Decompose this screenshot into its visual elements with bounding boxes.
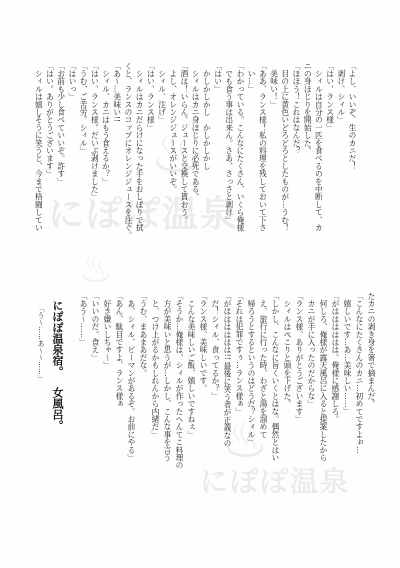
text-column: 「がはははははは。俺様に感謝しろ。 — [329, 292, 341, 474]
text-column: 帰ろうとするというのはどうだ？シィル」 — [245, 292, 257, 474]
text-column: こんな美味しいご飯、嬉しいですねぇ」 — [185, 292, 197, 474]
book-page: ♨ にぽぽ温泉 ♨ ♨ にぽぽ温泉 「よし、いいぞ、生のカニだ！ 剥け、シィル」… — [0, 0, 400, 568]
text-column: ニの身ほじりを開始した。 — [302, 62, 313, 244]
closing-text-column: 「う〜……あ〜〜……」 — [36, 305, 46, 382]
text-column: 美味い！」 — [268, 62, 279, 244]
text-column: 「はいっ」 — [67, 62, 78, 244]
text-column: シィル、注げ」 — [156, 62, 167, 244]
text-column: シィル、カニはもう食えるか？」 — [100, 62, 111, 244]
text-column: 「それは犯罪ですぅ…ランス様ぁ」 — [233, 292, 245, 474]
section-title-location: にぽぽ温泉宿。 — [51, 300, 63, 377]
text-column: たカニの剥き身を箸で摘まんだ。 — [365, 292, 377, 474]
text-column: シィルはぺこりと頭を下げた。 — [281, 292, 293, 474]
text-column: シィルは自分の一匹を食べるのを中断して、カ — [313, 62, 324, 244]
text-column: 「こんなにたくさんのカニ…初めてですよぉ… — [353, 292, 365, 474]
text-column: だ！シィル、食ってるか？」 — [209, 292, 221, 474]
section-title-place: 女風呂。 — [51, 387, 63, 431]
text-column: 剥け、シィル」 — [336, 62, 347, 244]
text-column: 「酒は！いらん。ジュースと交換して貰おう。 — [179, 62, 190, 244]
text-column: と、つけ上がるかもしれんから内緒だ」 — [149, 292, 161, 474]
text-column: 何しろ、俺様が露天風呂に入ると提案したから — [317, 292, 329, 474]
onsen-watermark-icon: ♨ — [78, 246, 114, 292]
text-column: 「ああ、ランス様！私の料理を残しておいて下さ — [257, 62, 268, 244]
text-column: よし、オレンジジュースがいいぞ。 — [168, 62, 179, 244]
text-column: 好き嫌いしちゃ〜」 — [101, 292, 113, 474]
text-column: カニが手に入ったのだからな」 — [305, 292, 317, 474]
text-column: くと、ランスのコップにオレンジジュースを注ぐ。 — [123, 62, 134, 244]
text-column: 「はい、ランス様」 — [145, 62, 156, 244]
text-column: 「わかっている。こんなにたくさん、いくら俺様 — [235, 62, 246, 244]
text-column: 「うむ、ご苦労。シィル」 — [78, 62, 89, 244]
text-column: 「ほほう！これはなんだ？ — [291, 62, 302, 244]
text-column: 「あ〜…美味い!! — [112, 62, 123, 244]
top-text-block: 「よし、いいぞ、生のカニだ！ 剥け、シィル」 「はい、ランス様」 シィルは自分の… — [33, 62, 358, 244]
text-column: 「あん、駄目ですよ、ランス様ぁ — [113, 292, 125, 474]
text-column: シィルはカニだらけになった手をおしぼりで拭 — [134, 62, 145, 244]
bottom-text-block: たカニの剥き身を箸で摘まんだ。 「こんなにたくさんのカニ…初めてですよぉ… 嬉し… — [77, 292, 377, 474]
text-column: 「しかし、こんなに旨くいくとはな。偶然とはい — [269, 292, 281, 474]
text-column: 「いいのだ。食え」 — [89, 292, 101, 474]
text-column: でも食う事は出来ん。さあ、さっさと剥け」 — [224, 62, 235, 244]
text-column: 「はい。ありがとうございます」 — [44, 62, 55, 244]
text-column: シィルはカニ身ほじりに必死である。 — [190, 62, 201, 244]
text-column: 「あう〜……」 — [77, 292, 89, 474]
text-column: 「お前も少し食べていいぞ。許す」 — [56, 62, 67, 244]
text-column: 「ランス様、ありがとうございます」 — [293, 292, 305, 474]
text-column: あ、シィル、ピーマンがあるぞ。お前にやる」 — [125, 292, 137, 474]
text-column: シィルは嬉しそうに笑うと、今まで格闘してい — [33, 62, 44, 244]
text-column: 目の上に黄色いどろどろとしたものが…うむ！ — [280, 62, 291, 244]
text-column: え、旅行に行った時、わざと湯を溜めて — [257, 292, 269, 474]
text-column: 「はい、ランス様。だいぶ剥けました」 — [89, 62, 100, 244]
text-column: 「よし、いいぞ、生のカニだ！ — [347, 62, 358, 244]
text-column: い…」 — [246, 62, 257, 244]
text-column: かしかしかし かしかしかし — [201, 62, 212, 244]
text-column: 「はい」 — [212, 62, 223, 244]
text-column: 「ランス様、美味しいです。 — [197, 292, 209, 474]
text-column: 「がはははははは!! 最後に笑う者が正義なの — [221, 292, 233, 474]
text-column: 「はい、ランス様」 — [324, 62, 335, 244]
text-column: 「そうか…俺様は、シィルが作ったへんてこ料理の — [173, 292, 185, 474]
text-column: 方が美味いと思うが…しかし、こんな事を言う — [161, 292, 173, 474]
text-column: 嬉しいです…あ…美味しい……」 — [341, 292, 353, 474]
text-column: 「うむ、まあまあだな。 — [137, 292, 149, 474]
